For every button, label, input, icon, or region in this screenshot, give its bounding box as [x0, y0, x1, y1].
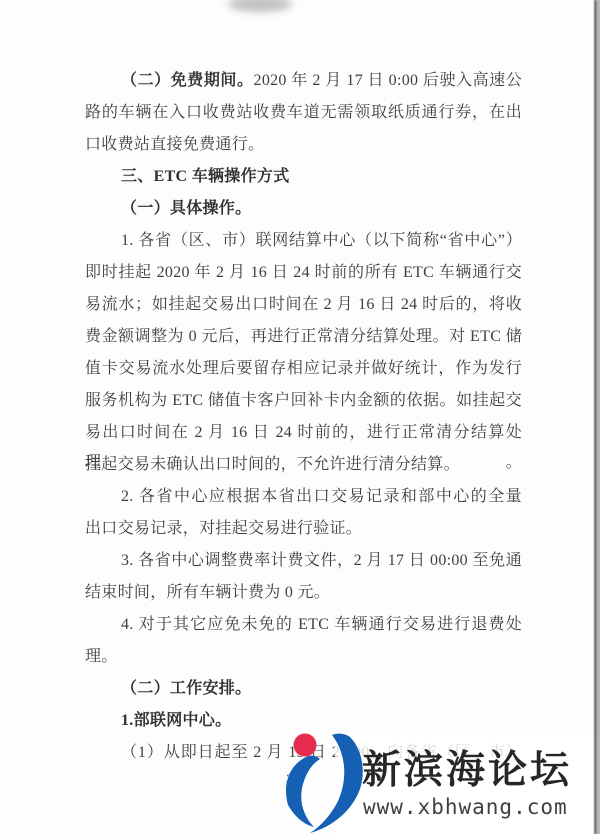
- text-line: 值卡交易流水处理后要留存相应记录并做好统计，作为发行: [85, 354, 522, 386]
- text-line: 口收费站直接免费通行。: [85, 130, 522, 162]
- line-text-segment: 挂起交易未确认出口时间的，不允许进行清分结算。: [85, 456, 460, 473]
- line-text-segment: 路的车辆在入口收费站收费车道无需领取纸质通行券，在出: [85, 104, 522, 121]
- line-text-segment: 值卡交易流水处理后要留存相应记录并做好统计，作为发行: [85, 360, 522, 377]
- xbhwang-logo-icon: [276, 731, 376, 834]
- text-line: 路的车辆在入口收费站收费车道无需领取纸质通行券，在出: [85, 98, 522, 130]
- site-name: 新滨海论坛: [362, 748, 594, 794]
- text-line: 易流水；如挂起交易出口时间在 2 月 16 日 24 时后的，将收: [85, 290, 522, 322]
- line-text-segment: 2. 各省中心应根据本省出口交易记录和部中心的全量: [121, 488, 522, 505]
- line-text-segment: 口收费站直接免费通行。: [85, 136, 264, 153]
- text-line: 挂起交易未确认出口时间的，不允许进行清分结算。: [85, 450, 522, 482]
- line-text-segment: 3. 各省中心调整费率计费文件，2 月 17 日 00:00 至免通: [121, 552, 522, 569]
- line-bold-segment: 三、ETC 车辆操作方式: [121, 168, 290, 185]
- text-line: 出口交易记录，对挂起交易进行验证。: [85, 514, 522, 546]
- text-line: 1. 各省（区、市）联网结算中心（以下简称“省中心”）: [85, 226, 522, 258]
- line-text-segment: 理。: [85, 648, 118, 665]
- line-text-segment: 结束时间，所有车辆计费为 0 元。: [85, 584, 330, 601]
- scan-smudge: [228, 0, 292, 12]
- section-heading: 三、ETC 车辆操作方式: [85, 162, 522, 194]
- document-page: （二）免费期间。2020 年 2 月 17 日 0:00 后驶入高速公 路的车辆…: [0, 0, 600, 834]
- text-line: 服务机构为 ETC 储值卡客户回补卡内金额的依据。如挂起交: [85, 386, 522, 418]
- document-text-block: （二）免费期间。2020 年 2 月 17 日 0:00 后驶入高速公 路的车辆…: [85, 66, 522, 770]
- text-line: 2. 各省中心应根据本省出口交易记录和部中心的全量: [85, 482, 522, 514]
- line-text-segment: 费金额调整为 0 元后，再进行正常清分结算处理。对 ETC 储: [85, 328, 522, 345]
- text-line: 费金额调整为 0 元后，再进行正常清分结算处理。对 ETC 储: [85, 322, 522, 354]
- text-line: 结束时间，所有车辆计费为 0 元。: [85, 578, 522, 610]
- line-text-segment: 即时挂起 2020 年 2 月 16 日 24 时前的所有 ETC 车辆通行交: [85, 264, 522, 281]
- line-bold-segment: （二）免费期间。: [121, 72, 254, 89]
- logo-right-swoosh: [310, 734, 363, 833]
- line-bold-segment: 1.部联网中心。: [121, 712, 231, 729]
- line-text-segment: 4. 对于其它应免未免的 ETC 车辆通行交易进行退费处: [121, 616, 522, 633]
- line-bold-segment: （一）具体操作。: [121, 200, 251, 217]
- line-bold-segment: （二）工作安排。: [121, 680, 251, 697]
- text-line: （二）免费期间。2020 年 2 月 17 日 0:00 后驶入高速公: [85, 66, 522, 98]
- line-text-segment: 1. 各省（区、市）联网结算中心（以下简称“省中心”）: [121, 232, 522, 249]
- line-text-segment: 服务机构为 ETC 储值卡客户回补卡内金额的依据。如挂起交: [85, 392, 522, 409]
- text-line: 易出口时间在 2 月 16 日 24 时前的，进行正常清分结算处理。: [85, 418, 522, 450]
- logo-left-swoosh: [286, 756, 320, 827]
- section-heading: （一）具体操作。: [85, 194, 522, 226]
- logo-red-dot: [294, 734, 317, 757]
- text-line: 理。: [85, 642, 522, 674]
- site-url: www.xbhwang.com: [363, 794, 593, 820]
- text-line: 即时挂起 2020 年 2 月 16 日 24 时前的所有 ETC 车辆通行交: [85, 258, 522, 290]
- text-line: 4. 对于其它应免未免的 ETC 车辆通行交易进行退费处: [85, 610, 522, 642]
- line-text-segment: 出口交易记录，对挂起交易进行验证。: [85, 520, 362, 537]
- section-heading: （二）工作安排。: [85, 674, 522, 706]
- page-edge-line: [594, 0, 597, 834]
- line-text-segment: 易流水；如挂起交易出口时间在 2 月 16 日 24 时后的，将收: [85, 296, 522, 313]
- text-line: 3. 各省中心调整费率计费文件，2 月 17 日 00:00 至免通: [85, 546, 522, 578]
- line-text-segment: 2020 年 2 月 17 日 0:00 后驶入高速公: [254, 72, 523, 89]
